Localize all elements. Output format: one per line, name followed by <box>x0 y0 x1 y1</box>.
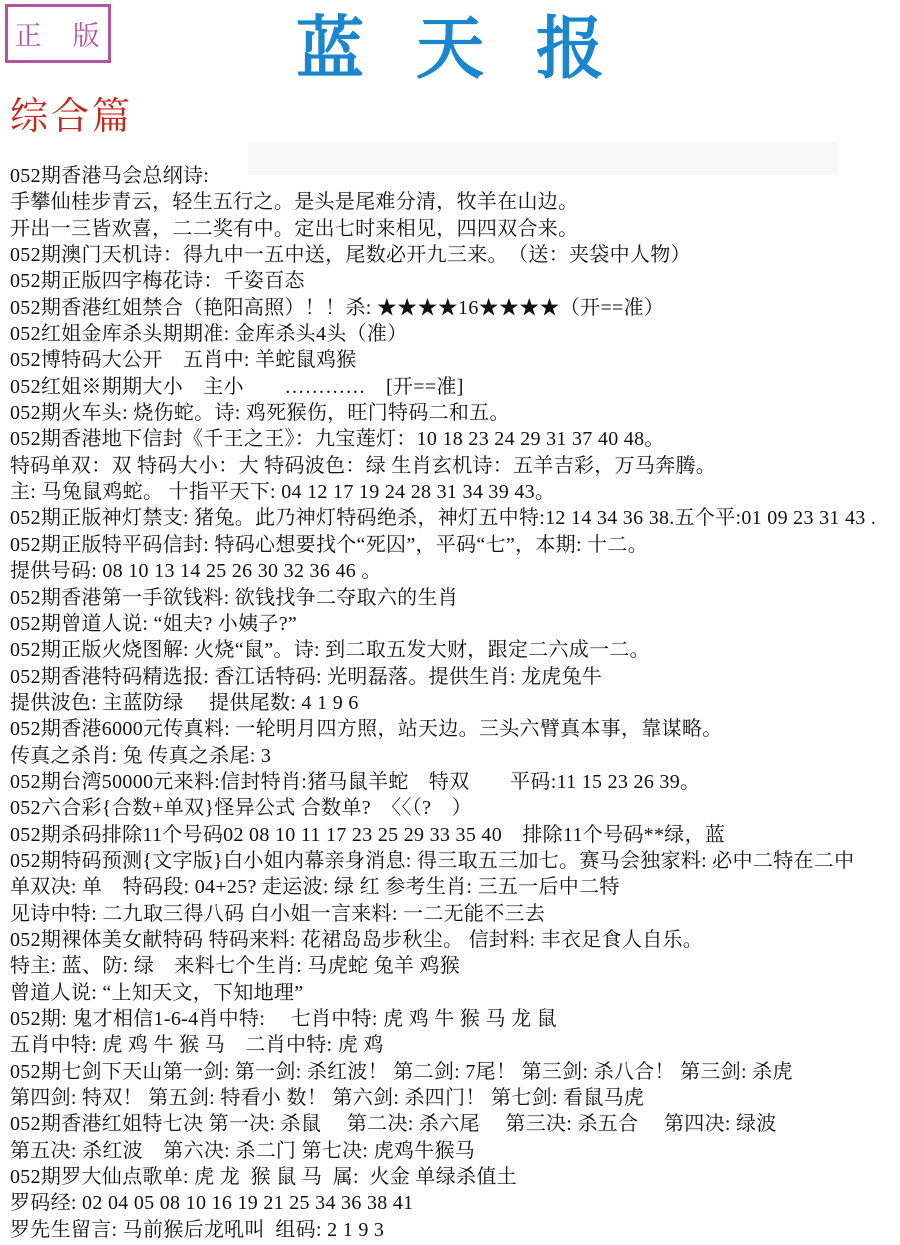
edition-badge: 正 版 <box>5 4 111 63</box>
text-line: 提供号码: 08 10 13 14 25 26 30 32 36 46 。 <box>10 558 898 584</box>
newspaper-page: 正 版 蓝天报 综合篇 052期香港马会总纲诗:手攀仙桂步青云，轻生五行之。是头… <box>0 0 900 1245</box>
text-line: 052期特码预测{文字版}白小姐内幕亲身消息: 得三取五三加七。赛马会独家料: … <box>10 848 898 874</box>
text-line: 提供波色: 主蓝防绿 提供尾数: 4 1 9 6 <box>10 690 898 716</box>
text-line: 052期香港特码精选报: 香江话特码: 光明磊落。提供生肖: 龙虎兔牛 <box>10 664 898 690</box>
text-line: 052期正版火烧图解: 火烧“鼠”。诗: 到二取五发大财，跟定二六成一二。 <box>10 637 898 663</box>
text-line: 052期香港第一手欲钱料: 欲钱找争二夺取六的生肖 <box>10 585 898 611</box>
text-line: 052期曾道人说: “姐夫? 小姨子?” <box>10 611 898 637</box>
text-line: 特码单双：双 特码大小：大 特码波色：绿 生肖玄机诗：五羊吉彩，万马奔腾。 <box>10 453 898 479</box>
text-line: 手攀仙桂步青云，轻生五行之。是头是尾难分清，牧羊在山边。 <box>10 189 898 215</box>
content-lines: 052期香港马会总纲诗:手攀仙桂步青云，轻生五行之。是头是尾难分清，牧羊在山边。… <box>10 163 898 1243</box>
page-title: 蓝天报 <box>296 6 656 92</box>
text-line: 第四剑: 特双！ 第五剑: 特看小 数！ 第六剑: 杀四门！ 第七剑: 看鼠马虎 <box>10 1085 898 1111</box>
text-line: 052期七剑下天山第一剑: 第一剑: 杀红波！ 第二剑: 7尾！ 第三剑: 杀八… <box>10 1059 898 1085</box>
text-line: 五肖中特: 虎 鸡 牛 猴 马 二肖中特: 虎 鸡 <box>10 1032 898 1058</box>
text-line: 052期正版神灯禁支: 猪兔。此乃神灯特码绝杀，神灯五中特:12 14 34 3… <box>10 505 898 531</box>
text-line: 052期香港6000元传真料: 一轮明月四方照，站天边。三头六臂真本事，靠谋略。 <box>10 716 898 742</box>
text-line: 052红姐金库杀头期期准: 金库杀头4头（准） <box>10 321 898 347</box>
text-line: 开出一三皆欢喜，二二奖有中。定出七时来相见，四四双合来。 <box>10 216 898 242</box>
text-line: 052期香港马会总纲诗: <box>10 163 898 189</box>
text-line: 052期裸体美女献特码 特码来料: 花裙岛岛步秋尘。 信封料: 丰衣足食人自乐。 <box>10 927 898 953</box>
text-line: 052红姐※期期大小 主小 ………… [开==准] <box>10 374 898 400</box>
text-line: 第五决: 杀红波 第六决: 杀二门 第七决: 虎鸡牛猴马 <box>10 1138 898 1164</box>
text-line: 052期: 鬼才相信1-6-4肖中特: 七肖中特: 虎 鸡 牛 猴 马 龙 鼠 <box>10 1006 898 1032</box>
text-line: 主: 马兔鼠鸡蛇。 十指平天下: 04 12 17 19 24 28 31 34… <box>10 479 898 505</box>
section-label: 综合篇 <box>10 94 133 140</box>
text-line: 罗码经: 02 04 05 08 10 16 19 21 25 34 36 38… <box>10 1190 898 1216</box>
text-line: 052期香港红姐特七决 第一决: 杀鼠 第二决: 杀六尾 第三决: 杀五合 第四… <box>10 1111 898 1137</box>
text-line: 052期澳门天机诗：得九中一五中送，尾数必开九三来。 （送：夹袋中人物） <box>10 242 898 268</box>
text-line: 052期杀码排除11个号码02 08 10 11 17 23 25 29 33 … <box>10 822 898 848</box>
text-line: 052期香港地下信封《千王之王》：九宝莲灯：10 18 23 24 29 31 … <box>10 426 898 452</box>
text-line: 见诗中特: 二九取三得八码 白小姐一言来料: 一二无能不三去 <box>10 901 898 927</box>
text-line: 052期台湾50000元来料:信封特肖:猪马鼠羊蛇 特双 平码:11 15 23… <box>10 769 898 795</box>
text-line: 052期罗大仙点歌单: 虎 龙 猴 鼠 马 属: 火金 单绿杀值土 <box>10 1164 898 1190</box>
text-line: 052期火车头: 烧伤蛇。诗: 鸡死猴伤，旺门特码二和五。 <box>10 400 898 426</box>
text-line: 052期正版特平码信封: 特码心想要找个“死囚”，平码“七”，本期: 十二。 <box>10 532 898 558</box>
text-line: 单双决: 单 特码段: 04+25? 走运波: 绿 红 参考生肖: 三五一后中二… <box>10 874 898 900</box>
text-line: 传真之杀肖: 兔 传真之杀尾: 3 <box>10 743 898 769</box>
text-line: 052期香港红姐禁合（艳阳高照）！！杀: ★★★★16★★★★（开==准） <box>10 295 898 321</box>
text-line: 特主: 蓝、防: 绿 来料七个生肖: 马虎蛇 兔羊 鸡猴 <box>10 953 898 979</box>
text-line: 052博特码大公开 五肖中: 羊蛇鼠鸡猴 <box>10 347 898 373</box>
text-line: 罗先生留言: 马前猴后龙吼叫 组码: 2 1 9 3 <box>10 1217 898 1243</box>
text-line: 曾道人说: “上知天文，下知地理” <box>10 980 898 1006</box>
text-line: 052期正版四字梅花诗：千姿百态 <box>10 268 898 294</box>
text-line: 052六合彩{合数+单双}怪异公式 合数单? 〈〈（? ） <box>10 795 898 821</box>
